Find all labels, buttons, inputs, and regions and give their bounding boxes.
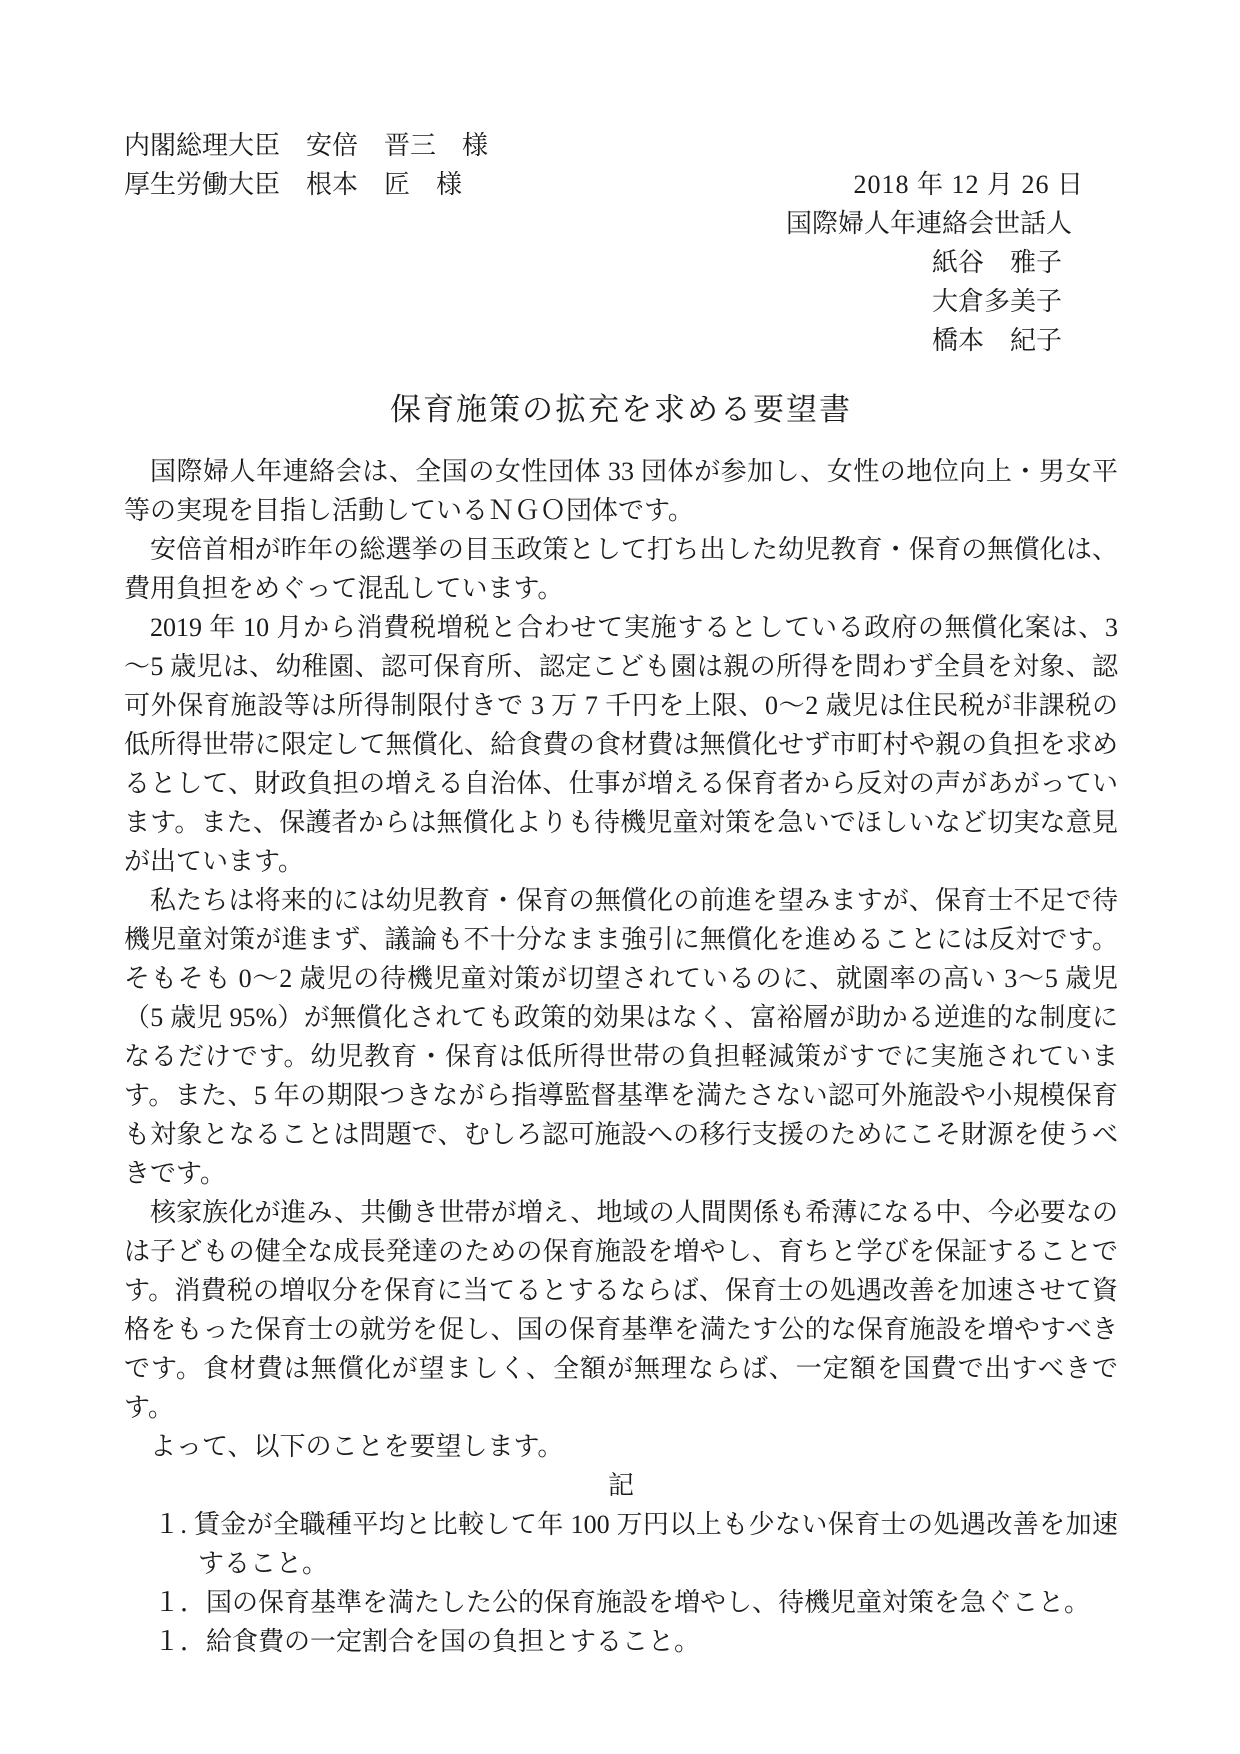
body-paragraph-2: 安倍首相が昨年の総選挙の目玉政策として打ち出した幼児教育・保育の無償化は、費用負… bbox=[124, 530, 1118, 608]
request-item-3: １．給食費の一定割合を国の負担とすること。 bbox=[198, 1622, 1118, 1661]
document-content: 内閣総理大臣 安倍 晋三 様 厚生労働大臣 根本 匠 様 2018 年 12 月… bbox=[0, 0, 1240, 1661]
request-item-2: １．国の保育基準を満たした公的保育施設を増やし、待機児童対策を急ぐこと。 bbox=[198, 1583, 1118, 1622]
document-date: 2018 年 12 月 26 日 bbox=[853, 165, 1084, 204]
sender-name-1: 紙谷 雅子 bbox=[124, 243, 1062, 282]
recipient-line-health-minister: 厚生労働大臣 根本 匠 様 bbox=[124, 165, 462, 204]
document-title: 保育施策の拡充を求める要望書 bbox=[124, 388, 1118, 432]
sender-name-2: 大倉多美子 bbox=[124, 282, 1062, 321]
document-page: 内閣総理大臣 安倍 晋三 様 厚生労働大臣 根本 匠 様 2018 年 12 月… bbox=[0, 0, 1240, 1754]
body-paragraph-1: 国際婦人年連絡会は、全国の女性団体 33 団体が参加し、女性の地位向上・男女平等… bbox=[124, 452, 1118, 530]
body-paragraph-3: 2019 年 10 月から消費税増税と合わせて実施するとしている政府の無償化案は… bbox=[124, 608, 1118, 881]
sender-name-3: 橋本 紀子 bbox=[124, 321, 1062, 360]
body-paragraph-5: 核家族化が進み、共働き世帯が増え、地域の人間関係も希薄になる中、今必要なのは子ど… bbox=[124, 1193, 1118, 1427]
sender-organization: 国際婦人年連絡会世話人 bbox=[124, 204, 1072, 243]
section-marker-ki: 記 bbox=[124, 1466, 1118, 1505]
recipient-line-prime-minister: 内閣総理大臣 安倍 晋三 様 bbox=[124, 126, 1118, 165]
body-paragraph-6: よって、以下のことを要望します。 bbox=[124, 1427, 1118, 1466]
body-paragraph-4: 私たちは将来的には幼児教育・保育の無償化の前進を望みますが、保育士不足で待機児童… bbox=[124, 881, 1118, 1193]
request-item-1: １. 賃金が全職種平均と比較して年 100 万円以上も少ない保育士の処遇改善を加… bbox=[198, 1505, 1118, 1583]
recipient-date-row: 厚生労働大臣 根本 匠 様 2018 年 12 月 26 日 bbox=[124, 165, 1118, 204]
